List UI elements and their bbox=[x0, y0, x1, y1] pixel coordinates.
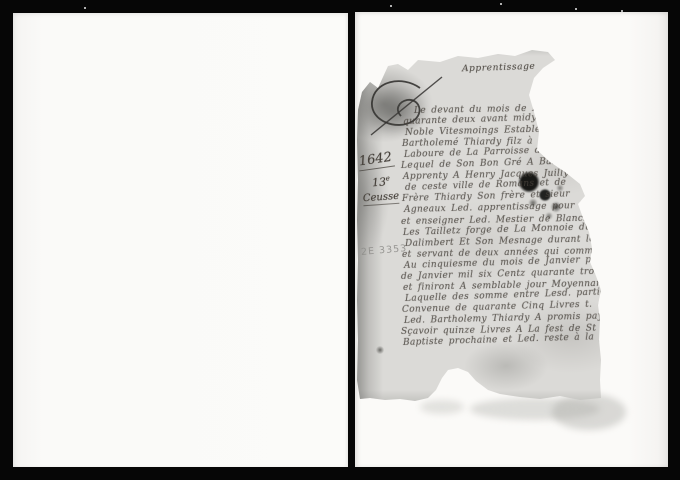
margin-note-entry-number: 13e bbox=[371, 174, 390, 189]
scanned-register-spread: Apprentissage 1642 13e Ceusse 2E 3353 Le… bbox=[0, 0, 680, 480]
entry-number: 13 bbox=[371, 175, 386, 189]
left-blank-page bbox=[13, 13, 348, 467]
document-heading: Apprentissage bbox=[462, 62, 536, 75]
scan-speck bbox=[84, 7, 86, 9]
margin-note-year: 1642 bbox=[357, 150, 395, 172]
paper-stain bbox=[420, 400, 464, 414]
entry-suffix: e bbox=[385, 174, 390, 182]
scan-speck bbox=[390, 5, 392, 7]
archive-reference: 2E 3353 bbox=[361, 243, 408, 258]
scan-speck bbox=[575, 8, 577, 10]
scan-speck bbox=[500, 3, 502, 5]
margin-note-word: Ceusse bbox=[363, 191, 400, 206]
paper-stain bbox=[552, 394, 626, 430]
